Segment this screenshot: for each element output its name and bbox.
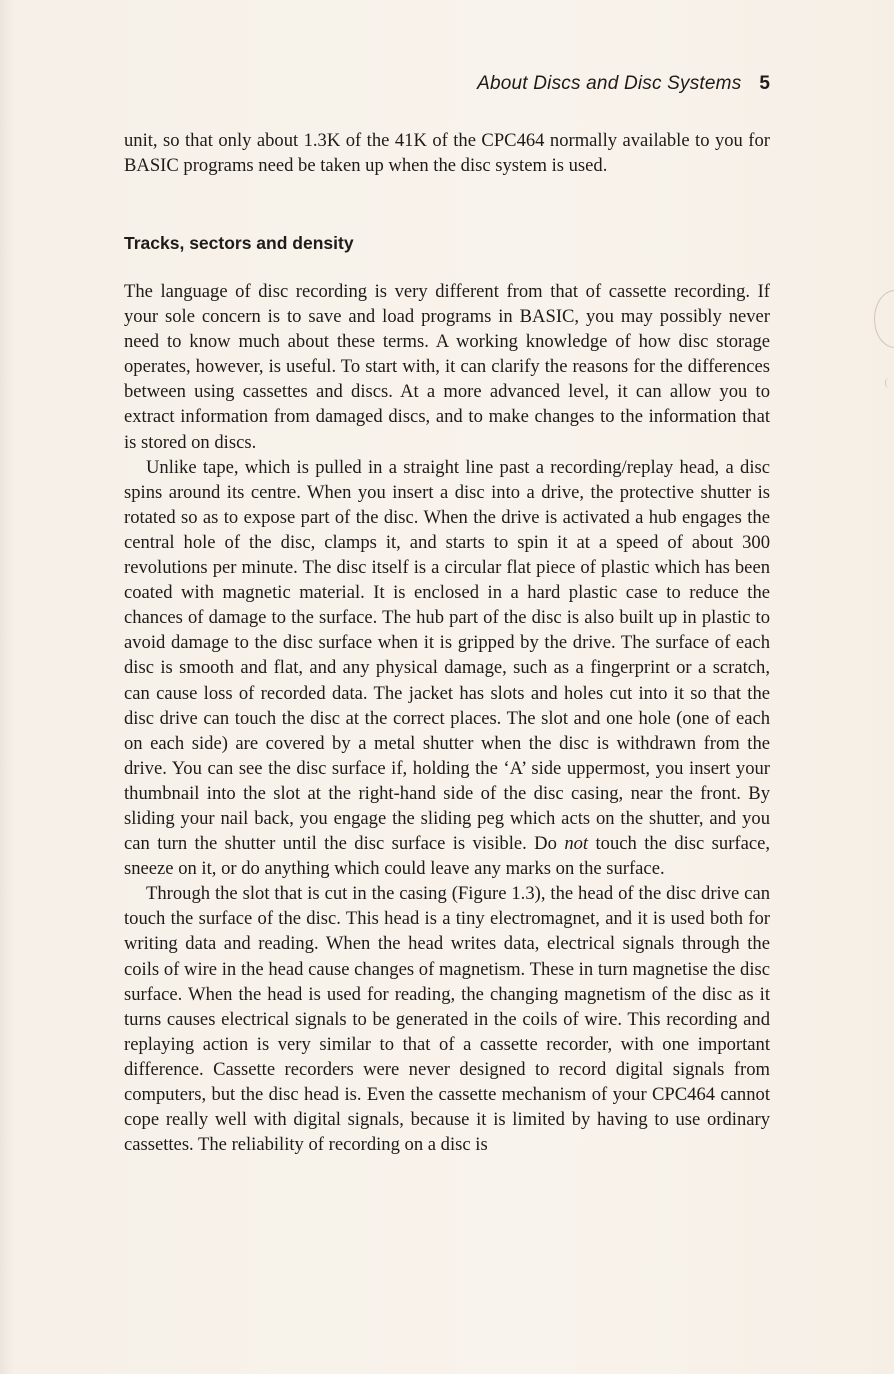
continuation-paragraph: unit, so that only about 1.3K of the 41K… bbox=[124, 128, 770, 178]
running-head: About Discs and Disc Systems 5 bbox=[440, 70, 770, 98]
paragraph-2-text-a: Unlike tape, which is pulled in a straig… bbox=[124, 457, 770, 854]
continuation-paragraph-block: unit, so that only about 1.3K of the 41K… bbox=[124, 128, 770, 178]
book-page: About Discs and Disc Systems 5 unit, so … bbox=[0, 0, 894, 1374]
page-edge-mark-small bbox=[885, 378, 892, 388]
paragraph-1: The language of disc recording is very d… bbox=[124, 279, 770, 455]
emphasis-not: not bbox=[564, 833, 588, 854]
section-heading: Tracks, sectors and density bbox=[124, 230, 354, 256]
page-edge-mark bbox=[874, 290, 894, 348]
page-number: 5 bbox=[759, 70, 770, 98]
chapter-title: About Discs and Disc Systems bbox=[477, 70, 741, 98]
paragraph-2: Unlike tape, which is pulled in a straig… bbox=[124, 455, 770, 882]
section-body: The language of disc recording is very d… bbox=[124, 279, 770, 1157]
paragraph-3: Through the slot that is cut in the casi… bbox=[124, 881, 770, 1157]
